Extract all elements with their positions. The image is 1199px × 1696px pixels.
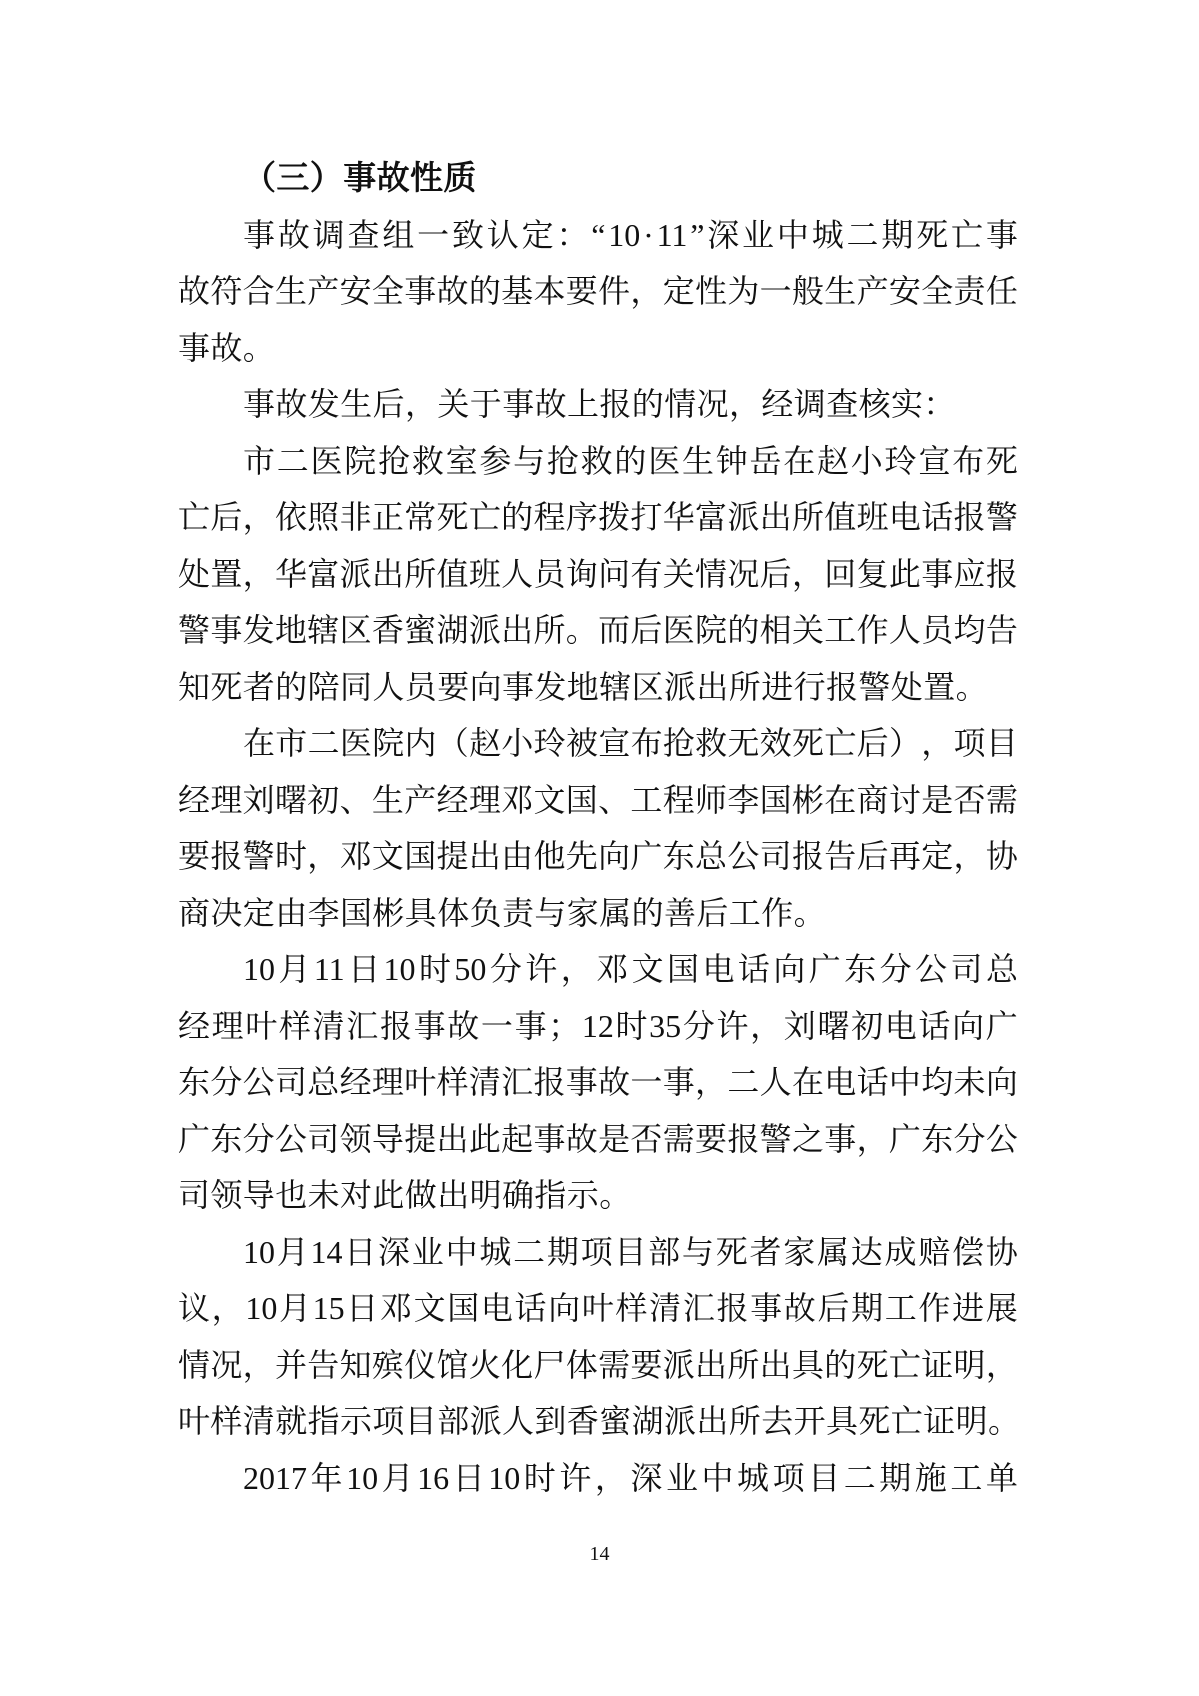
text-line: 事故。: [178, 320, 1018, 377]
text-line: 故符合生产安全事故的基本要件，定性为一般生产安全责任: [178, 263, 1018, 320]
text-line: 要报警时，邓文国提出由他先向广东总公司报告后再定，协: [178, 828, 1018, 885]
text-line: 处置，华富派出所值班人员询问有关情况后，回复此事应报: [178, 546, 1018, 603]
document-content: （三）事故性质事故调查组一致认定：“10·11”深业中城二期死亡事故符合生产安全…: [178, 150, 1018, 1506]
text-line: 10月11日10时50分许，邓文国电话向广东分公司总: [178, 941, 1018, 998]
text-line: 在市二医院内（赵小玲被宣布抢救无效死亡后），项目: [178, 715, 1018, 772]
text-line: 市二医院抢救室参与抢救的医生钟岳在赵小玲宣布死: [178, 433, 1018, 490]
text-line: 叶样清就指示项目部派人到香蜜湖派出所去开具死亡证明。: [178, 1393, 1018, 1450]
text-line: 事故发生后，关于事故上报的情况，经调查核实：: [178, 376, 1018, 433]
text-line: 亡后，依照非正常死亡的程序拨打华富派出所值班电话报警: [178, 489, 1018, 546]
text-line: 情况，并告知殡仪馆火化尸体需要派出所出具的死亡证明，: [178, 1337, 1018, 1394]
text-line: 商决定由李国彬具体负责与家属的善后工作。: [178, 885, 1018, 942]
text-line: 2017年10月16日10时许，深业中城项目二期施工单: [178, 1450, 1018, 1507]
text-line: 10月14日深业中城二期项目部与死者家属达成赔偿协: [178, 1224, 1018, 1281]
text-line: 经理刘曙初、生产经理邓文国、工程师李国彬在商讨是否需: [178, 772, 1018, 829]
text-line: 广东分公司领导提出此起事故是否需要报警之事，广东分公: [178, 1111, 1018, 1168]
text-line: 议，10月15日邓文国电话向叶样清汇报事故后期工作进展: [178, 1280, 1018, 1337]
text-line: 警事发地辖区香蜜湖派出所。而后医院的相关工作人员均告: [178, 602, 1018, 659]
text-line: 东分公司总经理叶样清汇报事故一事，二人在电话中均未向: [178, 1054, 1018, 1111]
text-line: 事故调查组一致认定：“10·11”深业中城二期死亡事: [178, 207, 1018, 264]
text-line: 司领导也未对此做出明确指示。: [178, 1167, 1018, 1224]
text-line: 知死者的陪同人员要向事发地辖区派出所进行报警处置。: [178, 659, 1018, 716]
page-number: 14: [0, 1543, 1199, 1566]
section-heading: （三）事故性质: [178, 150, 1018, 207]
document-page: （三）事故性质事故调查组一致认定：“10·11”深业中城二期死亡事故符合生产安全…: [0, 0, 1199, 1696]
text-line: 经理叶样清汇报事故一事；12时35分许，刘曙初电话向广: [178, 998, 1018, 1055]
